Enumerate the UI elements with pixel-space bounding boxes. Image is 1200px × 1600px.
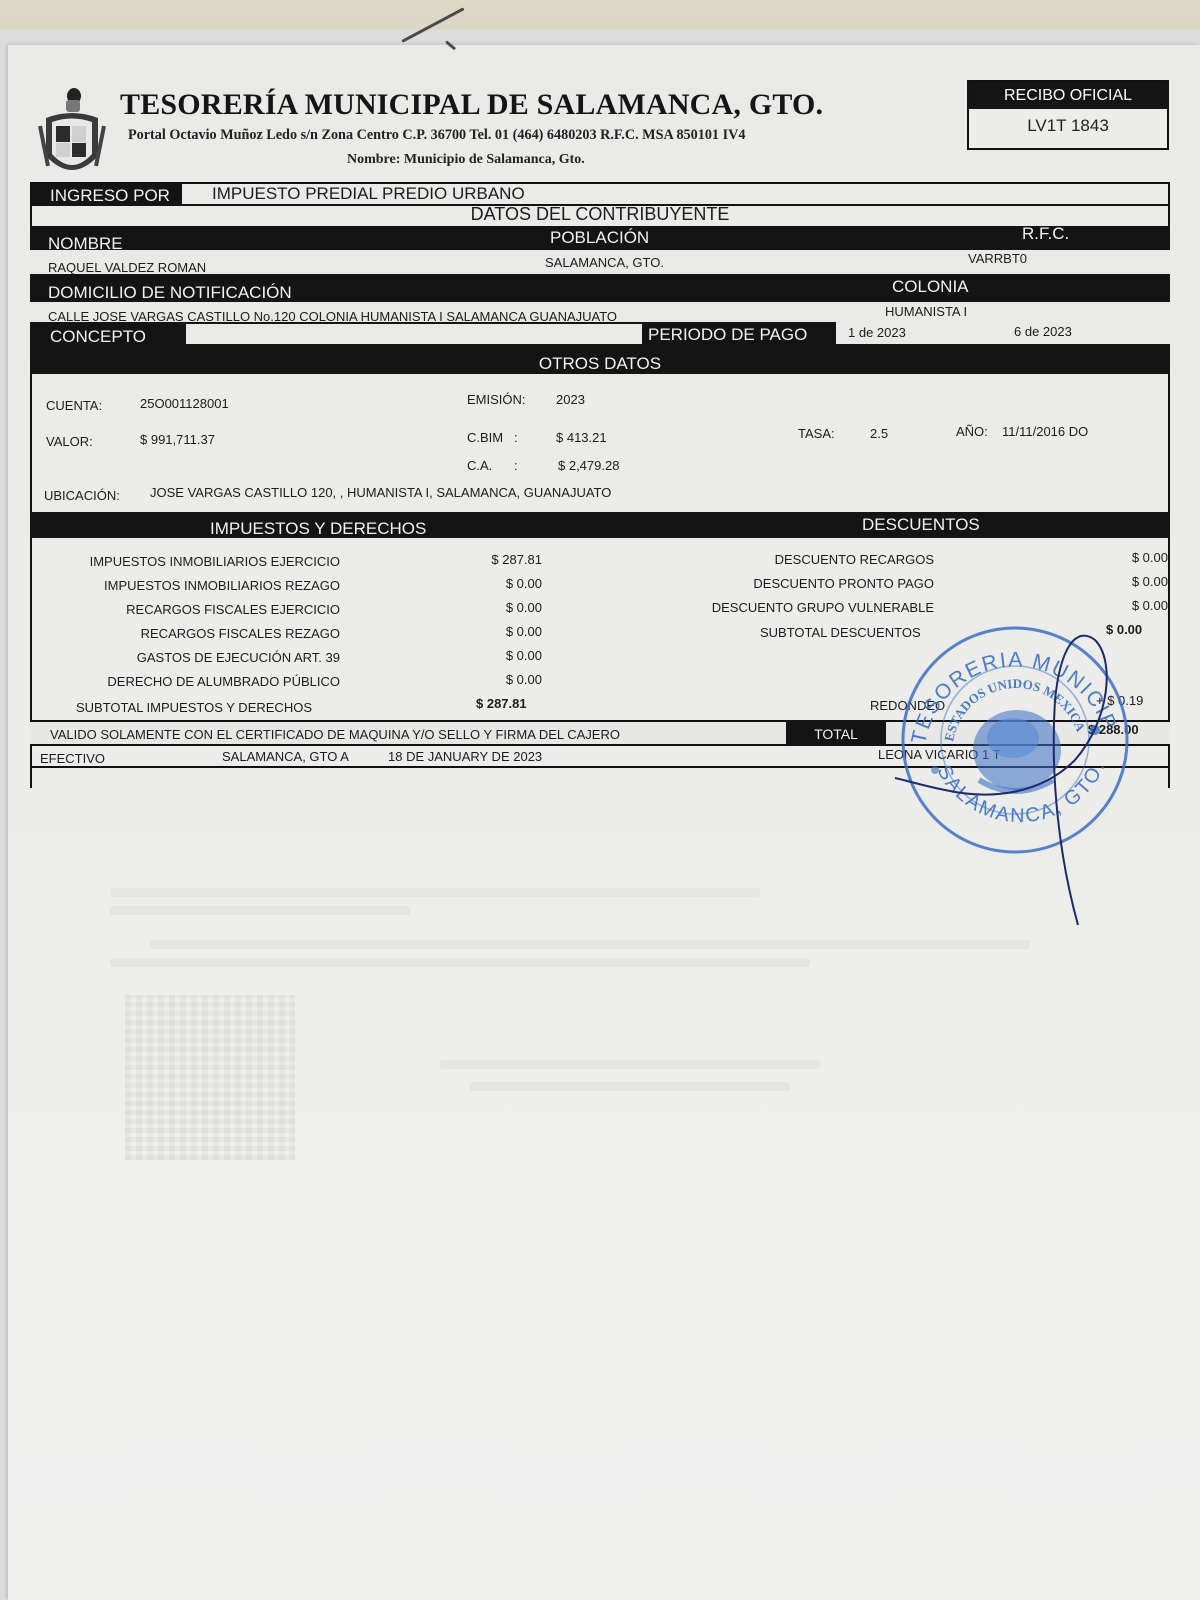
impuesto-amount: $ 287.81 <box>491 552 542 567</box>
impuesto-amount: $ 0.00 <box>506 576 542 591</box>
ubicacion-label: UBICACIÓN: <box>44 488 120 503</box>
rfc-value: VARRBT0 <box>968 251 1027 266</box>
periodo-label: PERIODO DE PAGO <box>648 325 807 345</box>
concepto-row: CONCEPTO PERIODO DE PAGO 1 de 2023 6 de … <box>30 322 1170 348</box>
domicilio-values-row: CALLE JOSE VARGAS CASTILLO No.120 COLONI… <box>30 302 1170 322</box>
ingreso-value: IMPUESTO PREDIAL PREDIO URBANO <box>212 184 525 204</box>
colonia-value: HUMANISTA I <box>885 304 967 319</box>
ingreso-row: INGRESO POR IMPUESTO PREDIAL PREDIO URBA… <box>30 184 1170 206</box>
impuesto-amount: $ 0.00 <box>506 600 542 615</box>
contribuyente-header-row: NOMBRE POBLACIÓN R.F.C. <box>30 226 1170 250</box>
impuesto-label: IMPUESTOS INMOBILIARIOS REZAGO <box>104 578 340 593</box>
validez-row: VALIDO SOLAMENTE CON EL CERTIFICADO DE M… <box>30 720 1170 746</box>
header-address: Portal Octavio Muñoz Ledo s/n Zona Centr… <box>128 127 745 144</box>
descuento-amount: $ 0.00 <box>1132 550 1168 565</box>
tasa-label: TASA: <box>798 426 835 441</box>
otros-datos-body: CUENTA: 25O001128001 EMISIÓN: 2023 VALOR… <box>30 374 1170 514</box>
redondeo-value: + $ 0.19 <box>1096 693 1143 708</box>
cajero: LEONA VICARIO 1 T <box>878 747 1001 762</box>
descuento-label: DESCUENTO PRONTO PAGO <box>753 576 934 591</box>
ghost-text <box>440 1060 820 1069</box>
ghost-text <box>470 1082 790 1091</box>
emision-label: EMISIÓN: <box>467 392 526 407</box>
contribuyente-title: DATOS DEL CONTRIBUYENTE <box>30 204 1170 225</box>
tasa-value: 2.5 <box>870 426 888 441</box>
ghost-text <box>110 958 810 967</box>
impuestos-subtotal-label: SUBTOTAL IMPUESTOS Y DERECHOS <box>76 700 312 715</box>
descuento-amount: $ 0.00 <box>1132 574 1168 589</box>
rfc-label: R.F.C. <box>1022 224 1069 244</box>
validez-text: VALIDO SOLAMENTE CON EL CERTIFICADO DE M… <box>50 727 620 742</box>
header-name-line: Nombre: Municipio de Salamanca, Gto. <box>0 152 1200 168</box>
descuentos-title: DESCUENTOS <box>862 515 980 535</box>
poblacion-value: SALAMANCA, GTO. <box>545 255 664 270</box>
impuesto-amount: $ 0.00 <box>506 624 542 639</box>
cuenta-label: CUENTA: <box>46 398 102 413</box>
impuestos-title: IMPUESTOS Y DERECHOS <box>210 519 426 539</box>
impuesto-label: RECARGOS FISCALES EJERCICIO <box>126 602 340 617</box>
descuento-label: DESCUENTO GRUPO VULNERABLE <box>712 600 934 615</box>
ca-label: C.A. : <box>467 458 518 473</box>
contribuyente-title-row: DATOS DEL CONTRIBUYENTE <box>30 206 1170 226</box>
ghost-text <box>110 888 760 897</box>
ghost-qr-code <box>125 995 295 1160</box>
cbim-value: $ 413.21 <box>556 430 607 445</box>
concepto-value <box>186 324 642 344</box>
cbim-label: C.BIM : <box>467 430 518 445</box>
anio-value: 11/11/2016 DO <box>1002 424 1088 439</box>
ghost-text <box>110 906 410 915</box>
concepto-label: CONCEPTO <box>50 327 146 347</box>
ghost-text <box>150 940 1030 949</box>
valor-label: VALOR: <box>46 434 93 449</box>
page-title: TESORERÍA MUNICIPAL DE SALAMANCA, GTO. <box>120 88 823 122</box>
descuento-amount: $ 0.00 <box>1132 598 1168 613</box>
pago-row: EFECTIVO SALAMANCA, GTO A 18 DE JANUARY … <box>30 746 1170 768</box>
ingreso-label: INGRESO POR <box>32 184 182 206</box>
emision-value: 2023 <box>556 392 585 407</box>
colonia-label: COLONIA <box>892 277 969 297</box>
municipal-crest-icon <box>38 86 106 186</box>
impuestos-subtotal-value: $ 287.81 <box>476 696 527 711</box>
anio-label: AÑO: <box>956 424 988 439</box>
domicilio-label: DOMICILIO DE NOTIFICACIÓN <box>48 283 292 303</box>
ca-value: $ 2,479.28 <box>558 458 619 473</box>
receipt-number: LV1T 1843 <box>969 109 1167 143</box>
impuesto-label: GASTOS DE EJECUCIÓN ART. 39 <box>137 650 340 665</box>
descuentos-subtotal-value: $ 0.00 <box>1106 622 1142 637</box>
impuesto-amount: $ 0.00 <box>506 648 542 663</box>
periodo-fin: 6 de 2023 <box>1014 324 1072 339</box>
total-label: TOTAL <box>786 720 886 746</box>
impuestos-descuentos-header: IMPUESTOS Y DERECHOS DESCUENTOS <box>30 512 1170 538</box>
contribuyente-values-row: RAQUEL VALDEZ ROMAN SALAMANCA, GTO. VARR… <box>30 250 1170 274</box>
cuenta-value: 25O001128001 <box>140 396 229 411</box>
impuesto-amount: $ 0.00 <box>506 672 542 687</box>
poblacion-label: POBLACIÓN <box>550 228 649 248</box>
valor-value: $ 991,711.37 <box>140 432 215 447</box>
receipt-box: RECIBO OFICIAL LV1T 1843 <box>967 80 1169 150</box>
impuesto-label: IMPUESTOS INMOBILIARIOS EJERCICIO <box>90 554 340 569</box>
descuentos-subtotal-label: SUBTOTAL DESCUENTOS <box>760 625 921 640</box>
fecha: 18 DE JANUARY DE 2023 <box>388 749 542 764</box>
nombre-value: RAQUEL VALDEZ ROMAN <box>48 260 206 275</box>
lugar: SALAMANCA, GTO A <box>222 749 349 764</box>
periodo-inicio: 1 de 2023 <box>848 325 906 340</box>
impuesto-label: DERECHO DE ALUMBRADO PÚBLICO <box>107 674 340 689</box>
total-value: $ 288.00 <box>1088 722 1139 737</box>
redondeo-label: REDONDEO <box>870 698 945 713</box>
domicilio-header-row: DOMICILIO DE NOTIFICACIÓN COLONIA <box>30 274 1170 302</box>
receipt-label: RECIBO OFICIAL <box>969 82 1167 109</box>
descuento-label: DESCUENTO RECARGOS <box>775 552 934 567</box>
ubicacion-value: JOSE VARGAS CASTILLO 120, , HUMANISTA I,… <box>150 485 611 500</box>
otros-datos-title: OTROS DATOS <box>30 354 1170 374</box>
forma-pago: EFECTIVO <box>40 751 105 766</box>
otros-datos-header: OTROS DATOS <box>30 348 1170 374</box>
impuesto-label: RECARGOS FISCALES REZAGO <box>141 626 340 641</box>
